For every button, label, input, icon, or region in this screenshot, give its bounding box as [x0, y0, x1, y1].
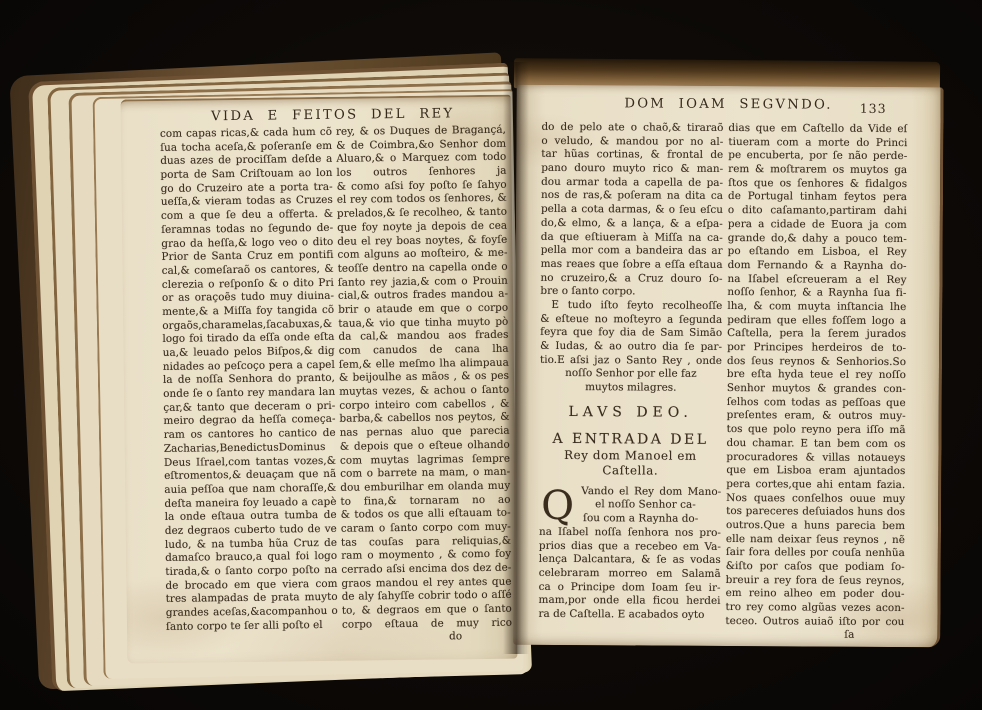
text-line: Rey dom Manoel em: [539, 448, 721, 464]
text-line: dom Fernando & a Raynha do-: [728, 259, 907, 274]
text-line: nos de ras,& poſeram na dita ca: [541, 189, 723, 204]
text-line: bre eſta hyda teue el rey noſſo: [727, 368, 906, 383]
text-line: do: [342, 630, 512, 646]
text-line: tro rey como algũas vezes acon-: [725, 601, 904, 616]
text-column: rey, & os Duques de Bragançá,& de Coimbr…: [336, 124, 512, 646]
right-page: DOM IOAM SEGVNDO. 133 do de pelo ate o c…: [513, 85, 943, 648]
text-line: grande do,& dahy a pouco tem-: [728, 231, 907, 246]
text-line: feyra que foy dia de Sam Simão: [540, 326, 722, 341]
text-line: dos ſeus reynos & Senhorios.So: [727, 355, 906, 370]
left-page: VIDA E FEITOS DEL REY com capas ricas,& …: [121, 95, 518, 664]
text-line: QVando el Rey dom Mano-: [539, 485, 721, 500]
text-line: noſſo Senhor por elle faz: [540, 367, 722, 382]
text-line: pella a cota darmas, & o ſeu eſcu: [541, 203, 723, 218]
text-line: do,& elmo, & a lança, & a eſpa-: [541, 217, 723, 232]
text-line: pe encuberta, por ſe não perde-: [728, 149, 907, 164]
text-line: &iſto por caſos que podiam ſo-: [726, 560, 905, 575]
text-line: pera a cidade de Euora ja com: [728, 218, 907, 233]
text-line: pediram que elles foſſem logo a: [727, 314, 906, 329]
text-line: LAVS DEO.: [540, 402, 722, 424]
text-line: em reino alheo em poder dou-: [726, 587, 905, 602]
text-line: dias que em Caſtello da Vide eſ: [728, 122, 907, 137]
text-line: na Iſabel eſcreueram a el Rey: [727, 273, 906, 288]
text-line: de Portugal tinham feytos pera: [728, 190, 907, 205]
text-line: procuradores & villas notaueys: [726, 450, 905, 465]
text-line: ſair fora delles por couſa nenhũa: [726, 546, 905, 561]
text-line: elle nam deixar ſeus reynos , nẽ: [726, 533, 905, 548]
text-line: pano douro muyto rico & man-: [541, 162, 723, 177]
text-line: mam,por onde ella ficou herdei: [539, 594, 721, 609]
text-line: ſanto corpo te ſer alli poſto el: [166, 619, 338, 635]
text-line: Nos quaes conſelhos ouue muy: [726, 492, 905, 507]
text-line: outros.Que a huns parecia bem: [726, 519, 905, 534]
text-line: A ENTRADA DEL: [539, 430, 721, 449]
book-gutter-shadow: [503, 62, 529, 654]
text-line: Caſtella.: [539, 463, 721, 479]
text-line: rem & moſtrarem os muytos ga: [728, 163, 907, 178]
text-line: ca o Principe dom Ioam ſeu ir-: [539, 580, 721, 595]
photo-background: VIDA E FEITOS DEL REY com capas ricas,& …: [0, 0, 982, 710]
text-line: corpo eſtaua de muy rico broca-: [342, 616, 512, 632]
text-line: tos que polo reyno pera iſſo mã: [727, 423, 906, 438]
text-line: tiueram com a morte do Princi: [728, 136, 907, 151]
text-line: lha, & com muyta inſtancia lhe: [727, 300, 906, 315]
text-line: mas reaes que ſobre a eſſa eſtaua: [541, 258, 723, 273]
text-line: ſa: [725, 628, 904, 643]
text-line: muytos milagres.: [540, 381, 722, 396]
text-line: & eſteue no moſteyro a ſegunda: [540, 312, 722, 327]
folio-number: 133: [860, 101, 887, 116]
text-line: do de pelo ate o chaõ,& tiraraõ: [541, 121, 723, 136]
text-line: tos pareceres deſuiados huns dos: [726, 505, 905, 520]
text-line: ſtos que os ſenhores & fidalgos: [728, 177, 907, 192]
running-header-left: VIDA E FEITOS DEL REY: [121, 106, 511, 126]
left-page-columns: com capas ricas,& cada hum cõſua tocha a…: [160, 124, 512, 648]
text-line: que em Lisboa eram ajuntados: [726, 464, 905, 479]
text-column: dias que em Caſtello da Vide eſtiueram c…: [725, 122, 907, 643]
text-line: E tudo iſto feyto recolheoſſe: [540, 299, 722, 314]
text-line: Caſtella, pera la ſerem jurados: [727, 327, 906, 342]
text-line: pera cortes,que ahi entam fazia.: [726, 478, 905, 493]
text-column: do de pelo ate o chaõ,& tiraraõo veludo,…: [538, 121, 723, 642]
text-line: tio.E aſsi jaz o Santo Rey , onde: [540, 354, 722, 369]
text-line: & Iudas, & ao outro dia ſe par-: [540, 340, 722, 355]
text-line: lença Dalcantara, & ſe as vodas: [539, 553, 721, 568]
text-line: pella mor com a bandeira das ar: [541, 244, 723, 259]
text-column: com capas ricas,& cada hum cõſua tocha a…: [160, 126, 338, 648]
text-line: dou armar toda a capella de pa-: [541, 176, 723, 191]
text-line: dou chamar. E tan bem com os: [726, 437, 905, 452]
text-line: bre o ſanto corpo.: [540, 285, 722, 300]
text-line: prios dias que a recebeo em Va-: [539, 539, 721, 554]
text-line: ra de Caſtella. E acabados oyto: [538, 608, 720, 623]
text-line: preſentes eram, & outros muy-: [727, 409, 906, 424]
right-page-columns: do de pelo ate o chaõ,& tiraraõo veludo,…: [538, 121, 907, 643]
text-line: celebraram morreo em Salamã: [539, 567, 721, 582]
text-line: po eſtando em Lisboa, el Rey: [728, 245, 907, 260]
text-line: noſſo ſenhor, & a Raynha ſua fi-: [727, 286, 906, 301]
text-line: teceo. Outros auiaõ iſto por cou: [725, 615, 904, 630]
text-line: no cruzeiro,& a Cruz douro ſo-: [540, 271, 722, 286]
text-line: da que eſtiueram à Miſſa na ca-: [541, 230, 723, 245]
text-line: o veludo, & mandou por no al-: [541, 135, 723, 150]
text-line: breuir a rey fora de ſeus reynos,: [726, 574, 905, 589]
text-line: ſelhos com todas as peſſoas que: [727, 396, 906, 411]
text-line: Senhor muytos & grandes con-: [727, 382, 906, 397]
text-line: o dito caſamanto,partiram dahi: [728, 204, 907, 219]
text-line: tar hũas cortinas, & frontal de: [541, 148, 723, 163]
text-line: por Principes herdeiros de to-: [727, 341, 906, 356]
drop-cap-letter: Q: [541, 486, 574, 526]
